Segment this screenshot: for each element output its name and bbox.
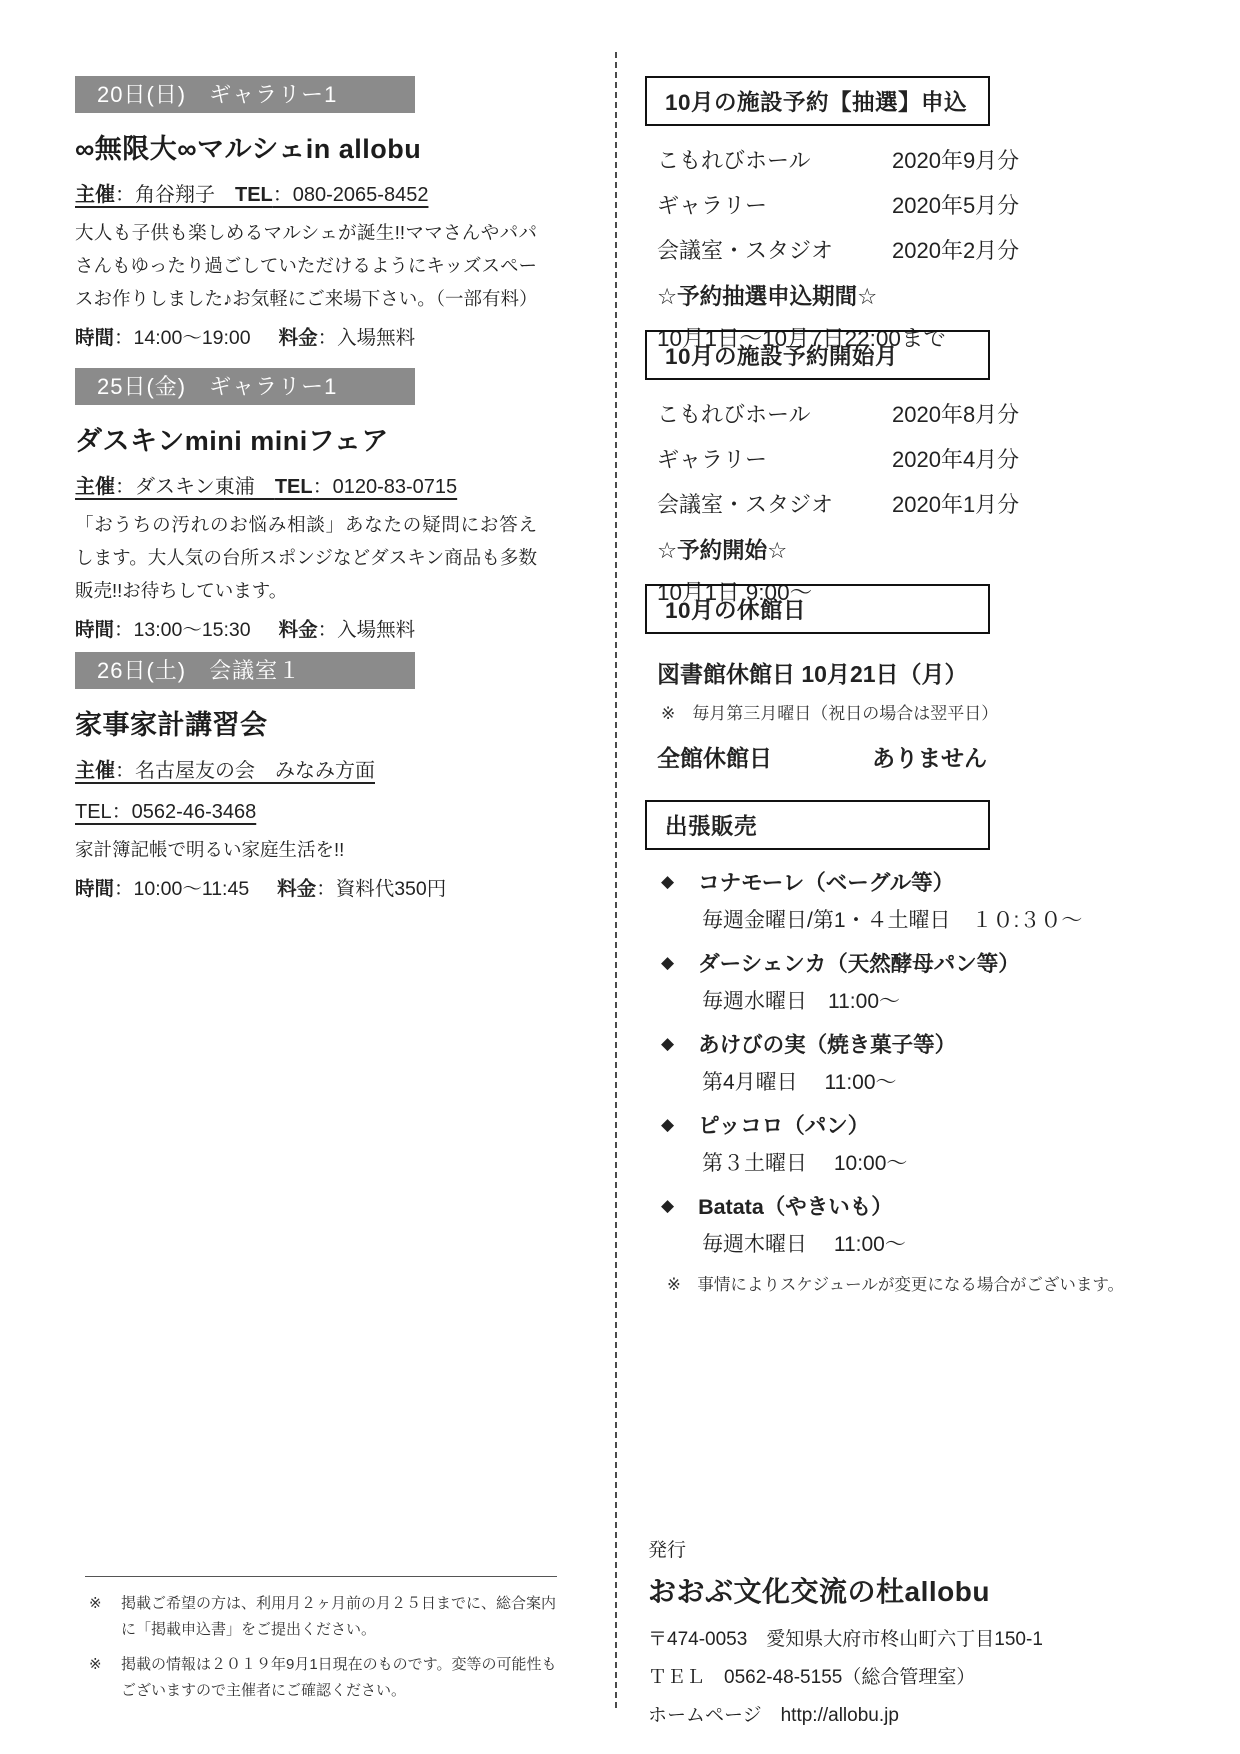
list-item: ギャラリー2020年4月分 <box>657 443 1175 474</box>
section-reservation-start: 10月の施設予約開始月 こもれびホール2020年8月分 ギャラリー2020年4月… <box>645 330 1175 607</box>
vendor-list: ◆コナモーレ（ベーグル等） 毎週金曜日/第1・４土曜日 １０:３０～ ◆ダーシェ… <box>645 866 1175 1258</box>
library-closed-line: 図書館休館日 10月21日（月） <box>657 656 1175 689</box>
target-month: 2020年4月分 <box>892 443 1019 474</box>
target-month: 2020年2月分 <box>892 234 1019 265</box>
organizer-name: ：角谷翔子 <box>115 184 235 206</box>
application-period-label: ☆予約抽選申込期間☆ <box>657 279 1175 311</box>
facility-month-list: こもれびホール2020年8月分 ギャラリー2020年4月分 会議室・スタジオ20… <box>657 398 1175 519</box>
all-closed-line: 全館休館日 ありません <box>657 740 1175 773</box>
tel-label: TEL <box>275 476 313 498</box>
facility-name: ギャラリー <box>657 189 892 220</box>
event-block-2: 25日(金) ギャラリー1 ダスキンmini miniフェア 主催：ダスキン東浦… <box>75 368 545 642</box>
submission-footnotes: ※ 掲載ご希望の方は、利用月２ヶ月前の月２５日までに、総合案内に「掲載申込書」を… <box>85 1576 557 1713</box>
event-description: 大人も子供も楽しめるマルシェが誕生!!ママさんやパパさんもゆったり過ごしていただ… <box>75 217 537 316</box>
facility-name: 会議室・スタジオ <box>657 234 892 265</box>
list-item: ギャラリー2020年5月分 <box>657 189 1175 220</box>
event-organizer-line: 主催：ダスキン東浦 TEL：0120-83-0715 <box>75 470 545 499</box>
reference-mark-icon: ※ <box>85 1652 121 1703</box>
fee-label: 料金 <box>277 878 316 900</box>
target-month: 2020年5月分 <box>892 189 1019 220</box>
tel-number: ：080-2065-8452 <box>273 184 429 206</box>
vendor-name: コナモーレ（ベーグル等） <box>698 866 954 897</box>
facility-month-list: こもれびホール2020年9月分 ギャラリー2020年5月分 会議室・スタジオ20… <box>657 144 1175 265</box>
footnote: ※ 掲載の情報は２０１９年9月1日現在のものです。変等の可能性もございますので主… <box>85 1652 557 1703</box>
target-month: 2020年8月分 <box>892 398 1019 429</box>
list-item: 会議室・スタジオ2020年2月分 <box>657 234 1175 265</box>
event-time-fee-line: 時間：13:00～15:30料金：入場無料 <box>75 614 545 642</box>
event-block-3: 26日(土) 会議室１ 家事家計講習会 主催：名古屋友の会 みなみ方面 TEL：… <box>75 652 545 901</box>
diamond-bullet-icon: ◆ <box>661 873 674 890</box>
event-description: 「おうちの汚れのお悩み相談」あなたの疑問にお答えします。大人気の台所スポンジなど… <box>75 509 537 608</box>
vendor-schedule: 第4月曜日 11:00～ <box>702 1066 1175 1096</box>
organizer-label: 主催 <box>75 760 115 782</box>
facility-name: こもれびホール <box>657 398 892 429</box>
section-title-box: 出張販売 <box>645 800 990 850</box>
vendor-item: ◆ピッコロ（パン） 第３土曜日 10:00～ <box>645 1109 1175 1177</box>
vendor-item: ◆Batata（やきいも） 毎週木曜日 11:00～ <box>645 1190 1175 1258</box>
fee-value: ：資料代350円 <box>316 878 446 900</box>
reference-mark-icon: ※ <box>85 1591 121 1642</box>
all-closed-label: 全館休館日 <box>657 740 872 773</box>
publisher-label: 発行 <box>648 1535 1168 1562</box>
vendor-schedule: 第３土曜日 10:00～ <box>702 1147 1175 1177</box>
diamond-bullet-icon: ◆ <box>661 1116 674 1133</box>
event-organizer-line: 主催：名古屋友の会 みなみ方面 <box>75 754 545 783</box>
publisher-name: おおぶ文化交流の杜allobu <box>648 1570 1168 1610</box>
section-title-box: 10月の施設予約開始月 <box>645 330 990 380</box>
list-item: こもれびホール2020年9月分 <box>657 144 1175 175</box>
vendor-name: Batata（やきいも） <box>698 1190 893 1221</box>
time-value: ：14:00～19:00 <box>114 327 251 349</box>
footnote-text: 掲載の情報は２０１９年9月1日現在のものです。変等の可能性もございますので主催者… <box>121 1652 557 1703</box>
organizer-name: ：名古屋友の会 みなみ方面 <box>115 760 375 782</box>
facility-name: 会議室・スタジオ <box>657 488 892 519</box>
facility-name: こもれびホール <box>657 144 892 175</box>
diamond-bullet-icon: ◆ <box>661 1035 674 1052</box>
fee-label: 料金 <box>279 619 318 641</box>
publisher-tel: ＴＥＬ 0562-48-5155（総合管理室） <box>648 1662 1168 1689</box>
footnote-text: 掲載ご希望の方は、利用月２ヶ月前の月２５日までに、総合案内に「掲載申込書」をご提… <box>121 1591 557 1642</box>
column-divider <box>615 52 617 1708</box>
vendor-disclaimer-note: ※ 事情によりスケジュールが変更になる場合がございます。 <box>667 1271 1175 1295</box>
vendor-name: あけびの実（焼き菓子等） <box>698 1028 956 1059</box>
organizer-label: 主催 <box>75 476 115 498</box>
vendor-item: ◆ダーシェンカ（天然酵母パン等） 毎週水曜日 11:00～ <box>645 947 1175 1015</box>
organizer-label: 主催 <box>75 184 115 206</box>
target-month: 2020年9月分 <box>892 144 1019 175</box>
vendor-schedule: 毎週金曜日/第1・４土曜日 １０:３０～ <box>702 904 1175 934</box>
section-vendors: 出張販売 ◆コナモーレ（ベーグル等） 毎週金曜日/第1・４土曜日 １０:３０～ … <box>645 800 1175 1295</box>
fee-label: 料金 <box>279 327 318 349</box>
fee-value: ：入場無料 <box>318 619 416 641</box>
time-label: 時間 <box>75 327 114 349</box>
diamond-bullet-icon: ◆ <box>661 1197 674 1214</box>
time-label: 時間 <box>75 619 114 641</box>
time-value: ：10:00～11:45 <box>114 878 249 900</box>
time-label: 時間 <box>75 878 114 900</box>
event-block-1: 20日(日) ギャラリー1 ∞無限大∞マルシェin allobu 主催：角谷翔子… <box>75 76 545 350</box>
event-date-room-header: 20日(日) ギャラリー1 <box>75 76 415 113</box>
event-date-room-header: 25日(金) ギャラリー1 <box>75 368 415 405</box>
publisher-homepage: ホームページ http://allobu.jp <box>648 1700 1168 1727</box>
section-title-box: 10月の休館日 <box>645 584 990 634</box>
vendor-schedule: 毎週木曜日 11:00～ <box>702 1228 1175 1258</box>
section-title-box: 10月の施設予約【抽選】申込 <box>645 76 990 126</box>
footnote: ※ 掲載ご希望の方は、利用月２ヶ月前の月２５日までに、総合案内に「掲載申込書」を… <box>85 1591 557 1642</box>
event-tel-line: TEL：0562-46-3468 <box>75 795 545 824</box>
event-title: ダスキンmini miniフェア <box>75 419 545 458</box>
event-time-fee-line: 時間：10:00～11:45料金：資料代350円 <box>75 873 545 901</box>
reservation-start-label: ☆予約開始☆ <box>657 533 1175 565</box>
time-value: ：13:00～15:30 <box>114 619 251 641</box>
vendor-item: ◆あけびの実（焼き菓子等） 第4月曜日 11:00～ <box>645 1028 1175 1096</box>
publisher-address: 〒474-0053 愛知県大府市柊山町六丁目150-1 <box>648 1624 1168 1651</box>
tel-number: ：0120-83-0715 <box>313 476 458 498</box>
event-organizer-line: 主催：角谷翔子 TEL：080-2065-8452 <box>75 178 545 207</box>
vendor-name: ダーシェンカ（天然酵母パン等） <box>698 947 1020 978</box>
section-reservation-lottery: 10月の施設予約【抽選】申込 こもれびホール2020年9月分 ギャラリー2020… <box>645 76 1175 353</box>
fee-value: ：入場無料 <box>318 327 416 349</box>
target-month: 2020年1月分 <box>892 488 1019 519</box>
list-item: 会議室・スタジオ2020年1月分 <box>657 488 1175 519</box>
library-closed-note: ※ 毎月第三月曜日（祝日の場合は翌平日） <box>661 699 1175 724</box>
vendor-schedule: 毎週水曜日 11:00～ <box>702 985 1175 1015</box>
event-title: 家事家計講習会 <box>75 703 545 742</box>
all-closed-value: ありません <box>872 740 987 773</box>
organizer-name: ：ダスキン東浦 <box>115 476 275 498</box>
newsletter-page: 20日(日) ギャラリー1 ∞無限大∞マルシェin allobu 主催：角谷翔子… <box>0 0 1240 1754</box>
tel-label: TEL <box>235 184 273 206</box>
diamond-bullet-icon: ◆ <box>661 954 674 971</box>
vendor-name: ピッコロ（パン） <box>698 1109 869 1140</box>
event-time-fee-line: 時間：14:00～19:00料金：入場無料 <box>75 322 545 350</box>
event-date-room-header: 26日(土) 会議室１ <box>75 652 415 689</box>
event-description: 家計簿記帳で明るい家庭生活を!! <box>75 834 537 867</box>
list-item: こもれびホール2020年8月分 <box>657 398 1175 429</box>
event-title: ∞無限大∞マルシェin allobu <box>75 127 545 166</box>
publisher-block: 発行 おおぶ文化交流の杜allobu 〒474-0053 愛知県大府市柊山町六丁… <box>648 1535 1168 1727</box>
section-closed-days: 10月の休館日 図書館休館日 10月21日（月） ※ 毎月第三月曜日（祝日の場合… <box>645 584 1175 773</box>
vendor-item: ◆コナモーレ（ベーグル等） 毎週金曜日/第1・４土曜日 １０:３０～ <box>645 866 1175 934</box>
facility-name: ギャラリー <box>657 443 892 474</box>
